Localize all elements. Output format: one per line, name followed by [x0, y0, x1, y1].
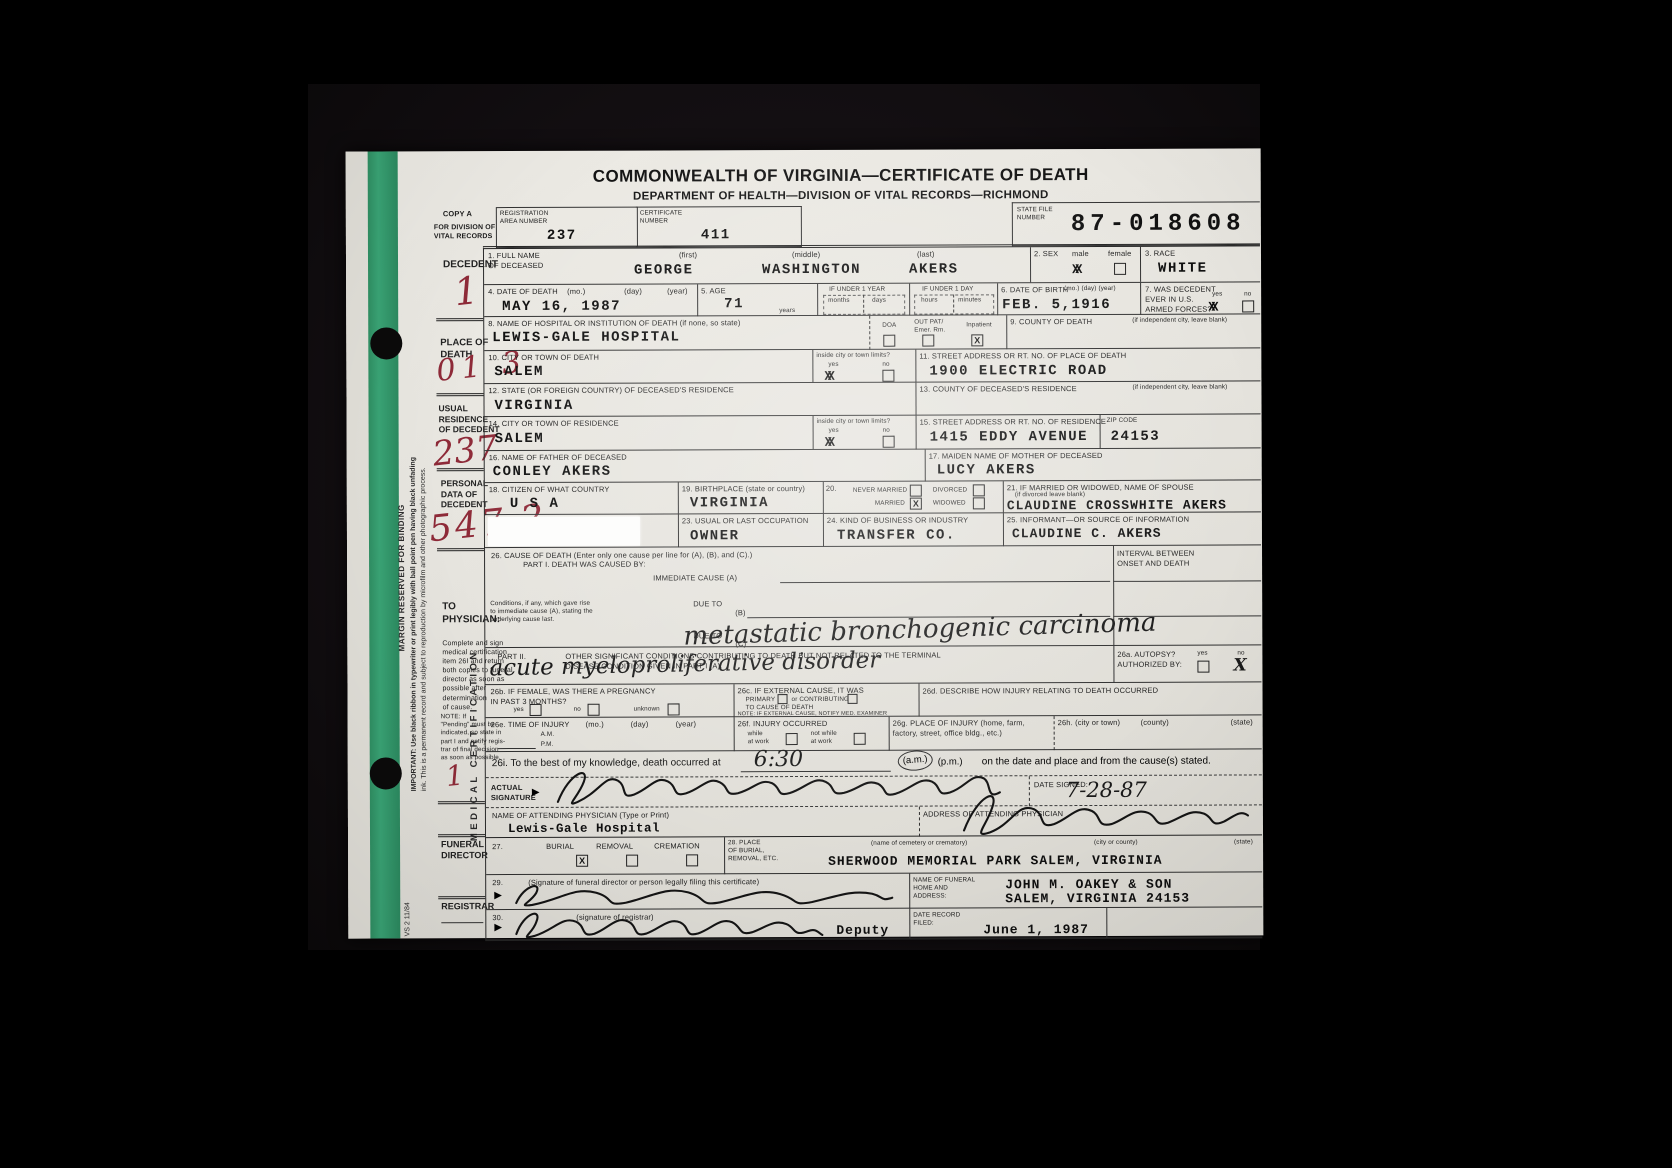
value-last-name: AKERS [909, 262, 959, 276]
residence-limits-label: inside city or town limits? [817, 418, 891, 426]
row-full-name: 1. FULL NAME OF DECEASED (first) (middle… [484, 246, 1260, 284]
actual-signature-label: ACTUAL SIGNATURE [491, 783, 536, 803]
row-burial: 27. BURIAL REMOVAL CREMATION X 28. PLACE… [486, 834, 1262, 875]
divider [1106, 908, 1107, 938]
limits-yes-mark: XX [824, 370, 834, 382]
value-date-of-birth: FEB. 5,1916 [1002, 298, 1111, 312]
row-residence-state: 12. STATE (OR FOREIGN COUNTRY) OF DECEAS… [484, 380, 1260, 417]
registration-area-box: REGISTRATION AREA NUMBER 237 [496, 207, 638, 248]
divider [678, 514, 679, 547]
red-mark-decedent: 1 [452, 268, 481, 314]
county-of-death-label: 9. COUNTY OF DEATH [1010, 317, 1092, 327]
signature-stroke [558, 772, 1000, 804]
date-of-death-label: 4. DATE OF DEATH [488, 287, 558, 297]
document-subtitle: DEPARTMENT OF HEALTH—DIVISION OF VITAL R… [511, 189, 1171, 203]
while-at-work-sublabel: while at work [748, 730, 769, 746]
divider [823, 482, 824, 514]
divider [909, 874, 910, 909]
value-middle-name: WASHINGTON [762, 263, 861, 277]
row-citizen: 18. CITIZEN OF WHAT COUNTRY U S A 19. BI… [485, 479, 1261, 515]
years-sublabel: years [779, 307, 795, 315]
pregnancy-unknown: unknown [634, 706, 660, 714]
value-residence-city: SALEM [495, 432, 545, 446]
punch-hole [370, 757, 402, 789]
race-label: 3. RACE [1145, 249, 1175, 259]
county-of-death-note: (if independent city, leave blank) [1132, 317, 1227, 326]
inpatient-sublabel: Inpatient [966, 321, 992, 329]
certificate-number-box: CERTIFICATE NUMBER 411 [636, 206, 802, 248]
value-attending-physician: Lewis-Gale Hospital [508, 823, 660, 836]
armed-forces-no-checkbox [1242, 300, 1254, 312]
row-part2: PART II. OTHER SIGNIFICANT CONDITIONS CO… [485, 644, 1261, 685]
divider [678, 482, 679, 514]
certificate-paper: MARGIN RESERVED FOR BINDING IMPORTANT: U… [346, 148, 1264, 938]
divider [1113, 646, 1114, 683]
divider [889, 717, 890, 751]
divider [915, 350, 916, 383]
row-registrar: 30. (signature of registrar) ▶ Deputy DA… [486, 906, 1262, 940]
sex-male-mark: XX [1072, 263, 1082, 275]
limits-no-checkbox [882, 370, 894, 382]
under-1-year-label: IF UNDER 1 YEAR [829, 286, 885, 294]
full-name-label: 1. FULL NAME OF DECEASED [488, 251, 543, 271]
red-mark-note: 1 [444, 758, 465, 793]
divider [436, 318, 483, 321]
divider [817, 284, 818, 316]
autopsy-label: 26a. AUTOPSY? AUTHORIZED BY: [1117, 650, 1182, 670]
divider [1003, 481, 1004, 513]
divider [863, 295, 864, 313]
place-of-injury-label: 26g. PLACE OF INJURY (home, farm, factor… [893, 718, 1025, 738]
row-26e: 26e. TIME OF INJURY (mo.) (day) (year) A… [486, 714, 1262, 752]
form-code: VS 2 11/84 [404, 874, 411, 936]
months-sublabel: months [828, 297, 850, 305]
autopsy-no-mark: X [1233, 655, 1246, 675]
signature-stroke [516, 885, 892, 906]
arrow-icon: ▶ [494, 922, 502, 933]
injury-city-label: 26h. (city or town) [1058, 718, 1121, 728]
divider [1140, 283, 1141, 315]
value-city-of-death: SALEM [494, 365, 544, 379]
date-filed-label: DATE RECORD FILED: [913, 911, 960, 928]
value-residence-street: 1415 EDDY AVENUE [930, 430, 1088, 445]
row-attending-physician: NAME OF ATTENDING PHYSICIAN (Type or Pri… [486, 804, 1262, 838]
outpatient-checkbox [922, 335, 934, 347]
divider [1003, 513, 1004, 546]
value-street-of-death: 1900 ELECTRIC ROAD [929, 364, 1107, 379]
divider [812, 350, 813, 383]
injury-state-label: (state) [1231, 717, 1253, 727]
arrow-icon: ▶ [494, 890, 502, 901]
value-citizen: U S A [510, 497, 560, 511]
registrar-signature [508, 907, 828, 942]
divider [919, 807, 920, 837]
b-sublabel: (B) [735, 608, 745, 618]
document-title: COMMONWEALTH OF VIRGINIA—CERTIFICATE OF … [511, 165, 1171, 187]
industry-label: 24. KIND OF BUSINESS OR INDUSTRY [827, 515, 968, 525]
under-1-day-label: IF UNDER 1 DAY [922, 285, 973, 293]
value-occupation: OWNER [690, 529, 740, 543]
divider [823, 514, 824, 547]
funeral-director-signature [508, 878, 898, 909]
residence-county-note: (if independent city, leave blank) [1132, 384, 1227, 393]
divider [437, 548, 484, 551]
doa-checkbox [883, 335, 895, 347]
injury-mo: (mo.) [586, 720, 604, 730]
injury-day: (day) [631, 720, 649, 730]
margin-important-note-line1: IMPORTANT: Use black ribbon in typewrite… [409, 311, 418, 791]
armed-forces-no-sublabel: no [1244, 290, 1251, 298]
age-label: 5. AGE [701, 286, 726, 296]
division-label: FOR DIVISION OF VITAL RECORDS [434, 223, 495, 241]
divider [916, 416, 917, 450]
day-sublabel: (day) [624, 287, 642, 297]
married-sublabel: MARRIED [875, 500, 905, 508]
doa-sublabel: DOA [882, 322, 896, 330]
cremation-sublabel: CREMATION [654, 841, 700, 851]
marital-label: 20. [826, 484, 837, 494]
residence-limits-no: no [883, 427, 890, 435]
value-place-of-burial: SHERWOOD MEMORIAL PARK SALEM, VIRGINIA [828, 854, 1162, 868]
year-sublabel: (year) [667, 286, 688, 296]
row-occupation: 23. USUAL OR LAST OCCUPATION OWNER 24. K… [485, 511, 1261, 548]
divider [697, 284, 698, 316]
value-race: WHITE [1158, 262, 1208, 276]
divider [733, 684, 734, 717]
primary-checkbox [778, 694, 788, 704]
outpatient-sublabel: OUT PAT/ Emer. Rm. [914, 319, 945, 335]
part1-label: PART I. DEATH WAS CAUSED BY: [523, 560, 646, 570]
occupation-label: 23. USUAL OR LAST OCCUPATION [682, 516, 808, 526]
injury-occurred-label: 26f. INJURY OCCURRED [738, 719, 828, 729]
divider [438, 801, 485, 804]
divider [915, 383, 916, 416]
citizen-label: 18. CITIZEN OF WHAT COUNTRY [489, 485, 610, 495]
date-of-birth-label: 6. DATE OF BIRTH [1001, 285, 1068, 295]
divider [953, 294, 954, 312]
state-file-value: 87-018608 [1071, 212, 1246, 237]
autopsy-yes-checkbox [1197, 661, 1209, 673]
value-funeral-home: JOHN M. OAKEY & SON [1005, 878, 1172, 892]
row-cause-of-death: 26. CAUSE OF DEATH (Enter only one cause… [485, 544, 1261, 648]
residence-state-label: 12. STATE (OR FOREIGN COUNTRY) OF DECEAS… [488, 385, 733, 396]
sex-male-sublabel: male [1072, 249, 1089, 259]
divider [909, 909, 910, 939]
inpatient-check-mark: X [972, 335, 982, 345]
certificate-number-label: CERTIFICATE NUMBER [640, 209, 682, 225]
residence-county-label: 13. COUNTY OF DECEASED'S RESIDENCE [919, 384, 1076, 394]
divider [997, 283, 998, 315]
copy-label: COPY A [443, 209, 472, 219]
mother-label: 17. MAIDEN NAME OF MOTHER OF DECEASED [929, 451, 1103, 461]
divider [1006, 315, 1007, 349]
signature-stroke [964, 795, 1248, 834]
divider [1054, 716, 1055, 750]
divider [918, 684, 919, 717]
limits-yes-sublabel: yes [828, 361, 838, 369]
inpatient-checkbox: X [971, 334, 983, 346]
divider [498, 747, 536, 749]
row-residence-city: 14. CITY OR TOWN OF RESIDENCE SALEM insi… [485, 413, 1261, 451]
photo-of-certificate: MARGIN RESERVED FOR BINDING IMPORTANT: U… [0, 0, 1672, 1168]
divorced-sublabel: DIVORCED [933, 486, 967, 494]
value-date-filed: June 1, 1987 [983, 923, 1089, 936]
pm-sublabel: P.M. [541, 741, 554, 749]
row-funeral-director: 29. (Signature of funeral director or pe… [486, 871, 1262, 910]
value-birthplace: VIRGINIA [690, 496, 769, 510]
time-of-injury-label: 26e. TIME OF INJURY [491, 720, 570, 730]
never-married-sublabel: NEVER MARRIED [853, 487, 907, 495]
removal-checkbox [626, 855, 638, 867]
hospital-label: 8. NAME OF HOSPITAL OR INSTITUTION OF DE… [488, 318, 740, 329]
residence-limits-yes-mark: XX [825, 436, 835, 448]
value-residence-state: VIRGINIA [494, 399, 573, 413]
never-married-checkbox [910, 485, 922, 497]
divider [438, 834, 485, 837]
value-spouse: CLAUDINE CROSSWHITE AKERS [1007, 499, 1227, 513]
state-file-label: STATE FILE NUMBER [1017, 206, 1053, 222]
pregnancy-yes: yes [514, 706, 524, 714]
first-sublabel: (first) [679, 250, 697, 260]
registration-area-value: 237 [547, 229, 577, 243]
injury-county-label: (county) [1141, 718, 1169, 728]
dob-sublabels: (mo.) (day) (year) [1064, 285, 1116, 293]
divider [813, 416, 814, 450]
row-26b: 26b. IF FEMALE, WAS THERE A PREGNANCY IN… [485, 681, 1261, 718]
binding-strip [368, 151, 401, 938]
value-age: 71 [724, 297, 744, 311]
value-date-of-death: MAY 16, 1987 [502, 300, 621, 314]
divider [724, 837, 725, 874]
sidebar-funeral-director: FUNERAL DIRECTOR [441, 839, 488, 862]
divider [441, 921, 483, 923]
cemetery-note: (name of cemetery or crematory) [871, 839, 967, 848]
pregnancy-no: no [574, 706, 581, 714]
not-while-checkbox [854, 733, 866, 745]
external-cause-label: 26c. IF EXTERNAL CAUSE, IT WAS [737, 686, 863, 696]
attending-physician-label: NAME OF ATTENDING PHYSICIAN (Type or Pri… [492, 810, 669, 820]
margin-important-note-line2: ink. This is a permanent record and subj… [419, 311, 428, 791]
value-father: CONLEY AKERS [493, 465, 612, 479]
redaction-box [488, 517, 640, 547]
contributing-sublabel: or CONTRIBUTING [792, 696, 850, 704]
married-checkbox: X [910, 498, 922, 510]
funeral-home-label: NAME OF FUNERAL HOME AND ADDRESS: [913, 876, 975, 901]
pregnancy-yes-checkbox [530, 704, 542, 716]
minutes-sublabel: minutes [958, 296, 981, 304]
physician-signature [548, 762, 1018, 810]
residence-limits-no-checkbox [883, 436, 895, 448]
registration-area-label: REGISTRATION AREA NUMBER [500, 210, 549, 227]
value-informant: CLAUDINE C. AKERS [1012, 527, 1162, 541]
divider [1140, 247, 1141, 282]
value-hospital: LEWIS-GALE HOSPITAL [492, 330, 680, 345]
value-first-name: GEORGE [634, 263, 693, 277]
cremation-checkbox [686, 854, 698, 866]
burial-number-label: 27. [492, 842, 503, 852]
mo-sublabel: (mo.) [567, 287, 585, 297]
funeral-sig-number: 29. [492, 878, 503, 888]
row-hospital: 8. NAME OF HOSPITAL OR INSTITUTION OF DE… [484, 313, 1260, 351]
pregnancy-label: 26b. IF FEMALE, WAS THERE A PREGNANCY IN… [490, 687, 655, 707]
last-sublabel: (last) [917, 250, 935, 260]
row-parents: 16. NAME OF FATHER OF DECEASED CONLEY AK… [485, 447, 1261, 483]
pregnancy-unknown-checkbox [668, 703, 680, 715]
hours-sublabel: hours [921, 297, 938, 305]
burial-checkbox: X [576, 855, 588, 867]
birthplace-label: 19. BIRTHPLACE (state or country) [682, 484, 805, 494]
due-to-b-label: DUE TO [693, 599, 722, 609]
city-of-death-label: 10. CITY OR TOWN OF DEATH [488, 353, 599, 363]
signature-stroke [516, 913, 822, 937]
row-date-of-death: 4. DATE OF DEATH (mo.) (day) (year) MAY … [484, 281, 1260, 317]
divider [734, 717, 735, 751]
divorced-checkbox [973, 484, 985, 496]
widowed-checkbox [973, 497, 985, 509]
state-note: (state) [1234, 838, 1253, 846]
certificate-number-value: 411 [701, 228, 731, 242]
divider [1113, 614, 1261, 617]
married-check-mark: X [911, 499, 921, 509]
residence-city-label: 14. CITY OR TOWN OF RESIDENCE [489, 419, 619, 429]
sex-label: 2. SEX [1034, 249, 1058, 259]
burial-check-mark: X [577, 856, 587, 866]
sex-female-checkbox [1114, 263, 1126, 275]
handwritten-part2: acute myeloproliferative disorder [489, 647, 880, 681]
father-label: 16. NAME OF FATHER OF DECEASED [489, 453, 627, 463]
street-of-death-label: 11. STREET ADDRESS OR RT. NO. OF PLACE O… [919, 351, 1126, 361]
limits-label: inside city or town limits? [816, 352, 890, 360]
widowed-sublabel: WIDOWED [933, 499, 966, 507]
punch-hole [370, 327, 402, 359]
divider [438, 896, 485, 899]
pregnancy-no-checkbox [588, 704, 600, 716]
value-funeral-home-address: SALEM, VIRGINIA 24153 [1005, 892, 1190, 906]
armed-forces-yes-mark: XX [1208, 301, 1218, 313]
divider [1113, 579, 1261, 582]
divider [436, 393, 483, 396]
city-county-note: (city or county) [1094, 839, 1138, 847]
contributing-checkbox [848, 694, 858, 704]
sex-female-sublabel: female [1108, 249, 1131, 259]
removal-sublabel: REMOVAL [596, 842, 633, 852]
informant-label: 25. INFORMANT—OR SOURCE OF INFORMATION [1007, 515, 1189, 525]
form-grid: 1. FULL NAME OF DECEASED (first) (middle… [483, 243, 1262, 941]
limits-no-sublabel: no [882, 361, 889, 369]
value-zip: 24153 [1111, 430, 1161, 444]
injury-describe-label: 26d. DESCRIBE HOW INJURY RELATING TO DEA… [923, 686, 1159, 697]
not-while-sublabel: not while at work [811, 730, 837, 746]
injury-year: (year) [676, 719, 697, 729]
days-sublabel: days [872, 297, 886, 305]
am-sublabel: A.M. [541, 731, 555, 739]
interval-label: INTERVAL BETWEEN ONSET AND DEATH [1117, 549, 1194, 569]
immediate-cause-label: IMMEDIATE CAUSE (A) [653, 573, 737, 583]
zip-label: ZIP CODE [1107, 417, 1138, 425]
burial-sublabel: BURIAL [546, 842, 574, 852]
value-deputy: Deputy [836, 924, 889, 937]
while-at-work-checkbox [786, 733, 798, 745]
row-city-of-death: 10. CITY OR TOWN OF DEATH SALEM inside c… [484, 347, 1260, 384]
divider [869, 316, 870, 350]
conditions-note: Conditions, if any, which gave rise to i… [490, 600, 593, 625]
value-industry: TRANSFER CO. [837, 528, 956, 542]
place-of-burial-label: 28. PLACE OF BURIAL, REMOVAL, ETC. [728, 839, 778, 864]
residence-street-label: 15. STREET ADDRESS OR RT. NO. OF RESIDEN… [920, 417, 1107, 427]
state-file-box: STATE FILE NUMBER 87-018608 [1012, 201, 1260, 246]
armed-forces-yes-sublabel: yes [1212, 291, 1222, 299]
armed-forces-label: 7. WAS DECEDENT EVER IN U.S. ARMED FORCE… [1145, 285, 1216, 314]
divider [1030, 247, 1031, 282]
residence-limits-yes: yes [829, 427, 839, 435]
divider [437, 468, 484, 471]
divider [909, 284, 910, 316]
autopsy-yes-sublabel: yes [1197, 650, 1207, 658]
divider [925, 450, 926, 482]
arrow-icon: ▶ [532, 787, 540, 798]
paper-edge [346, 152, 371, 939]
margin-binding-note: MARGIN RESERVED FOR BINDING [397, 436, 407, 651]
middle-sublabel: (middle) [792, 250, 820, 260]
cause-a-line [780, 580, 1110, 583]
value-mother: LUCY AKERS [937, 463, 1036, 477]
